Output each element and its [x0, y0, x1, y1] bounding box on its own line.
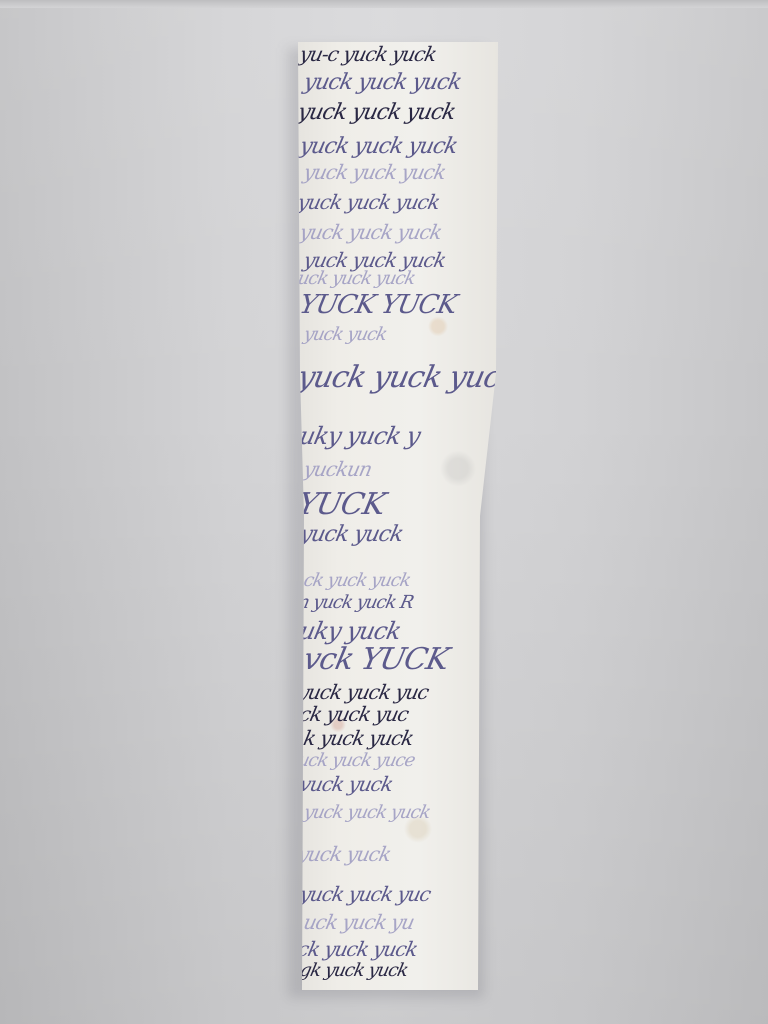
handwritten-line: yuck yuck — [298, 522, 405, 547]
handwritten-line: uck yuck yuce — [298, 750, 417, 771]
artwork-canvas: yu-c yuck yuckyuck yuck yuckyuck yuck yu… — [298, 42, 498, 990]
handwritten-line: ck yuck yuc — [298, 702, 410, 726]
handwritten-line: yuck yuck yuc — [298, 360, 498, 395]
handwritten-line: yuck yuck yuc — [298, 680, 431, 704]
handwritten-line: vck YUCK — [300, 642, 451, 677]
handwritten-line: uck yuck yuck — [298, 268, 417, 289]
handwritten-line: vuck yuck — [298, 772, 395, 796]
handwritten-line: yuck yuck yuck — [301, 70, 463, 95]
handwritten-line: uky yuck y — [298, 422, 422, 450]
handwritten-line: YUCK YUCK — [298, 290, 459, 320]
handwritten-line: yuck yuck yuck — [298, 134, 459, 159]
handwritten-line: yuck yuck yuck — [298, 100, 457, 125]
handwritten-line: yuck yuck — [302, 324, 389, 345]
handwritten-line: yuck yuck yuck — [298, 220, 444, 244]
handwritten-line: uck yuck yu — [301, 910, 416, 934]
handwritten-line: ck yuck yuck — [298, 937, 420, 961]
handwritten-line: ck yuck yuck — [302, 570, 412, 591]
handwritten-line: yuck yuck yuc — [298, 882, 433, 906]
handwritten-line: yu-c yuck yuck — [298, 42, 438, 66]
handwritten-line: uky yuck — [298, 617, 403, 645]
handwritten-line: YUCK — [298, 487, 388, 522]
handwritten-line: k yuck yuck — [301, 726, 415, 750]
handwritten-line: yuck yuck — [298, 842, 393, 866]
handwritten-line: gk yuck yuck — [298, 960, 410, 981]
handwritten-line: yuck yuck yuck — [298, 190, 442, 214]
handwritten-line: n yuck yuck R — [298, 592, 415, 613]
handwritten-line: yuckun — [301, 457, 373, 481]
handwritten-line: yuck yuck yuck — [301, 160, 447, 184]
handwritten-line: yuck yuck yuck — [302, 802, 432, 823]
